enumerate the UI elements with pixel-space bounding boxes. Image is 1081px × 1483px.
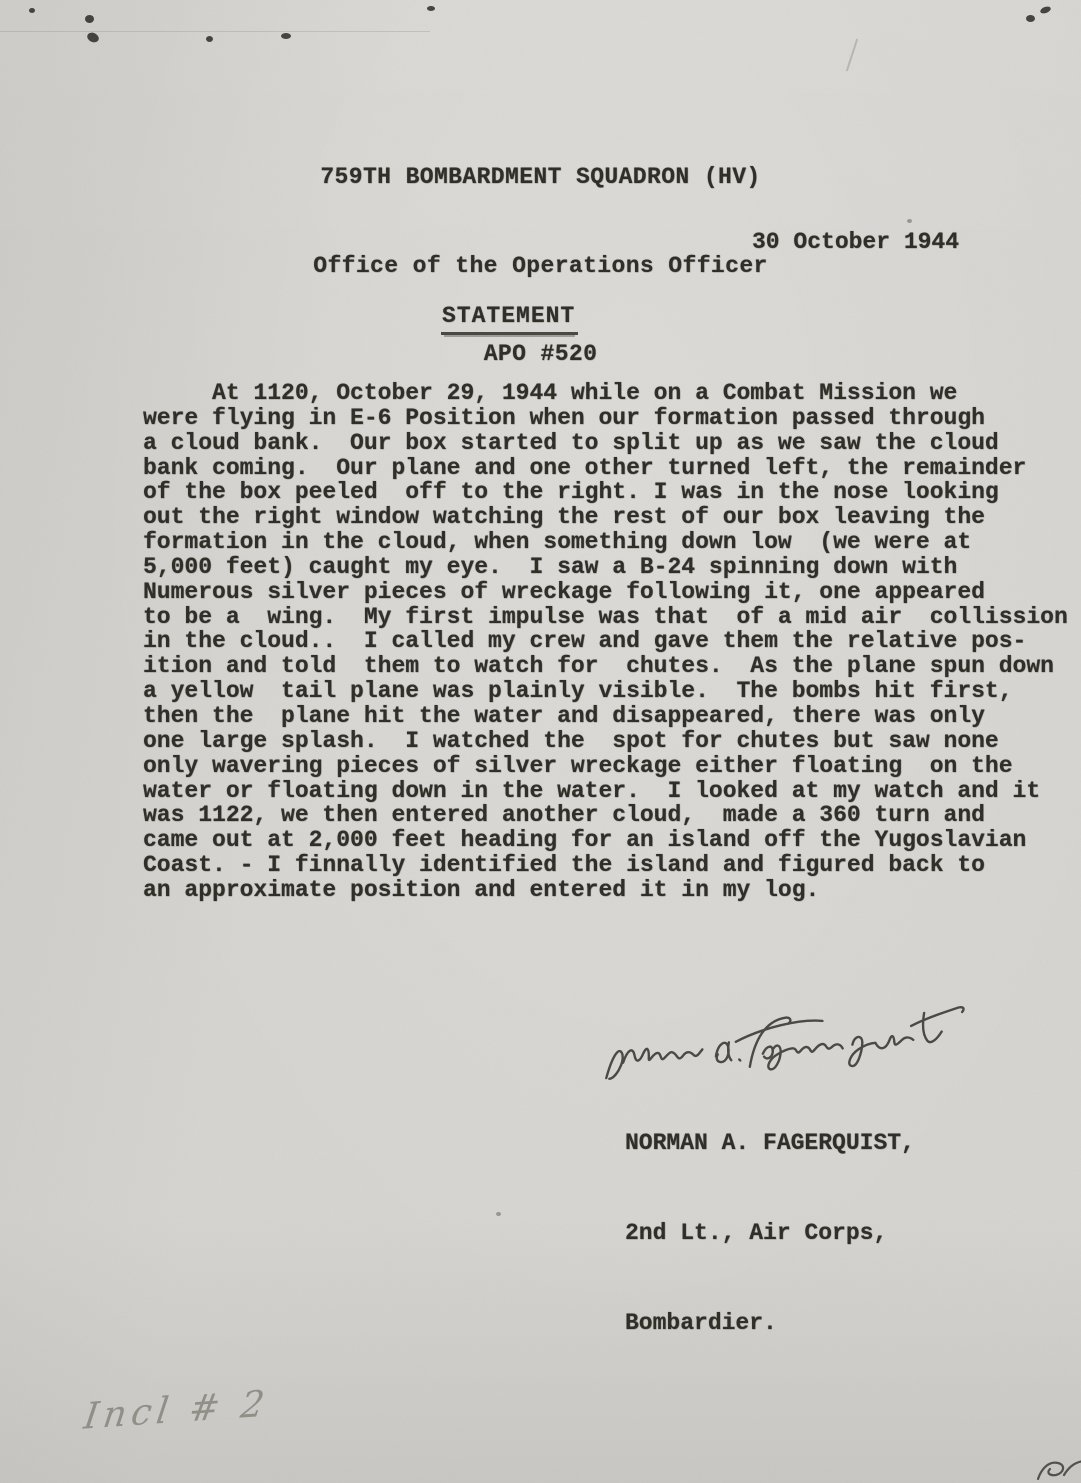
signature-role: Bombardier. <box>625 1308 915 1338</box>
body-line: At 1120, October 29, 1944 while on a Com… <box>143 381 1068 406</box>
body-line: formation in the cloud, when something d… <box>143 530 1068 555</box>
ink-speck <box>427 6 435 11</box>
ink-speck <box>1039 5 1051 14</box>
ink-speck <box>85 15 94 23</box>
pencil-enclosure-note: Incl # 2 <box>81 1383 271 1437</box>
body-line: a yellow tail plane was plainly visible.… <box>143 679 1068 704</box>
corner-scribble-mark <box>1036 1450 1081 1483</box>
body-line: was 1122, we then entered another cloud,… <box>143 803 1068 828</box>
body-line: an approximate position and entered it i… <box>143 878 1068 903</box>
body-line: of the box peeled off to the right. I wa… <box>143 480 1068 505</box>
ink-speck <box>86 31 101 44</box>
body-line: were flying in E-6 Position when our for… <box>143 406 1068 431</box>
body-line: only wavering pieces of silver wreckage … <box>143 754 1068 779</box>
signature-rank: 2nd Lt., Air Corps, <box>625 1218 915 1248</box>
date-line: 30 October 1944 <box>752 229 959 255</box>
body-line: 5,000 feet) caught my eye. I saw a B-24 … <box>143 555 1068 580</box>
body-line: water or floating down in the water. I l… <box>143 779 1068 804</box>
body-line: in the cloud.. I called my crew and gave… <box>143 629 1068 654</box>
signature-block: NORMAN A. FAGERQUIST, 2nd Lt., Air Corps… <box>625 1068 915 1398</box>
letterhead-unit: 759TH BOMBARDMENT SQUADRON (HV) <box>0 163 1081 193</box>
body-line: to be a wing. My first impulse was that … <box>143 605 1068 630</box>
body-line: one large splash. I watched the spot for… <box>143 729 1068 754</box>
body-line: Coast. - I finnally identified the islan… <box>143 853 1068 878</box>
paper-crease <box>0 31 430 32</box>
ink-speck <box>29 8 35 13</box>
body-line: then the plane hit the water and disappe… <box>143 704 1068 729</box>
signature-name: NORMAN A. FAGERQUIST, <box>625 1128 915 1158</box>
body-line: a cloud bank. Our box started to split u… <box>143 431 1068 456</box>
ink-speck <box>281 33 291 39</box>
scanned-document-page: 759TH BOMBARDMENT SQUADRON (HV) Office o… <box>0 0 1081 1483</box>
paper-crease-mark <box>846 39 858 72</box>
ink-speck <box>496 1212 501 1216</box>
ink-speck <box>1026 15 1035 22</box>
body-line: out the right window watching the rest o… <box>143 505 1068 530</box>
ink-speck <box>206 36 213 42</box>
body-line: came out at 2,000 feet heading for an is… <box>143 828 1068 853</box>
statement-body: At 1120, October 29, 1944 while on a Com… <box>143 381 1068 903</box>
body-line: bank coming. Our plane and one other tur… <box>143 456 1068 481</box>
body-line: ition and told them to watch for chutes.… <box>143 654 1068 679</box>
letterhead-apo: APO #520 <box>0 340 1081 370</box>
letterhead-office: Office of the Operations Officer <box>0 252 1081 282</box>
statement-title: STATEMENT <box>441 303 578 335</box>
body-line: Numerous silver pieces of wreckage follo… <box>143 580 1068 605</box>
